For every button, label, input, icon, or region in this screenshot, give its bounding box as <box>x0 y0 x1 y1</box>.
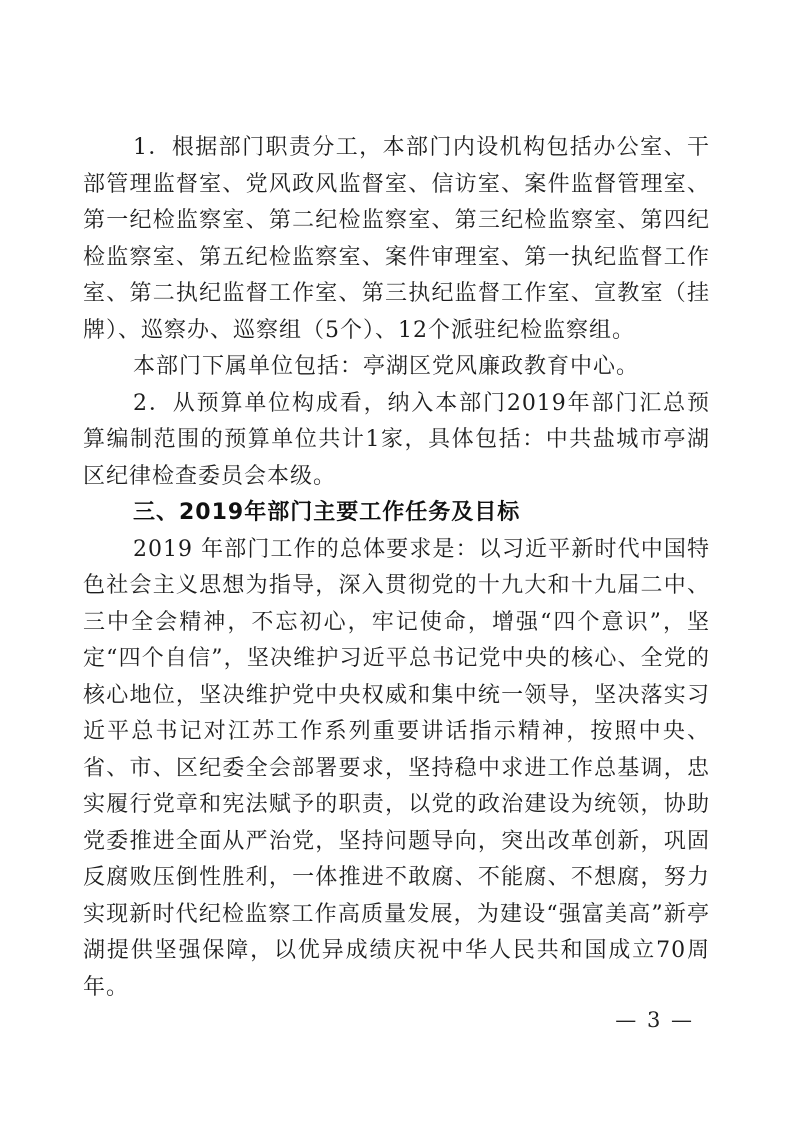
paragraph-internal-organizations: 1．根据部门职责分工，本部门内设机构包括办公室、干部管理监督室、党风政风监督室、… <box>83 130 710 349</box>
paragraph-subordinate-units: 本部门下属单位包括：亭湖区党风廉政教育中心。 <box>83 349 710 386</box>
paragraph-overall-requirements: 2019 年部门工作的总体要求是：以习近平新时代中国特色社会主义思想为指导，深入… <box>83 532 710 1007</box>
document-page: 1．根据部门职责分工，本部门内设机构包括办公室、干部管理监督室、党风政风监督室、… <box>0 0 794 1123</box>
page-number: — 3 — <box>615 1008 694 1032</box>
paragraph-budget-units: 2．从预算单位构成看，纳入本部门2019年部门汇总预算编制范围的预算单位共计1家… <box>83 386 710 496</box>
section-heading-2019-tasks: 三、2019年部门主要工作任务及目标 <box>83 495 710 532</box>
